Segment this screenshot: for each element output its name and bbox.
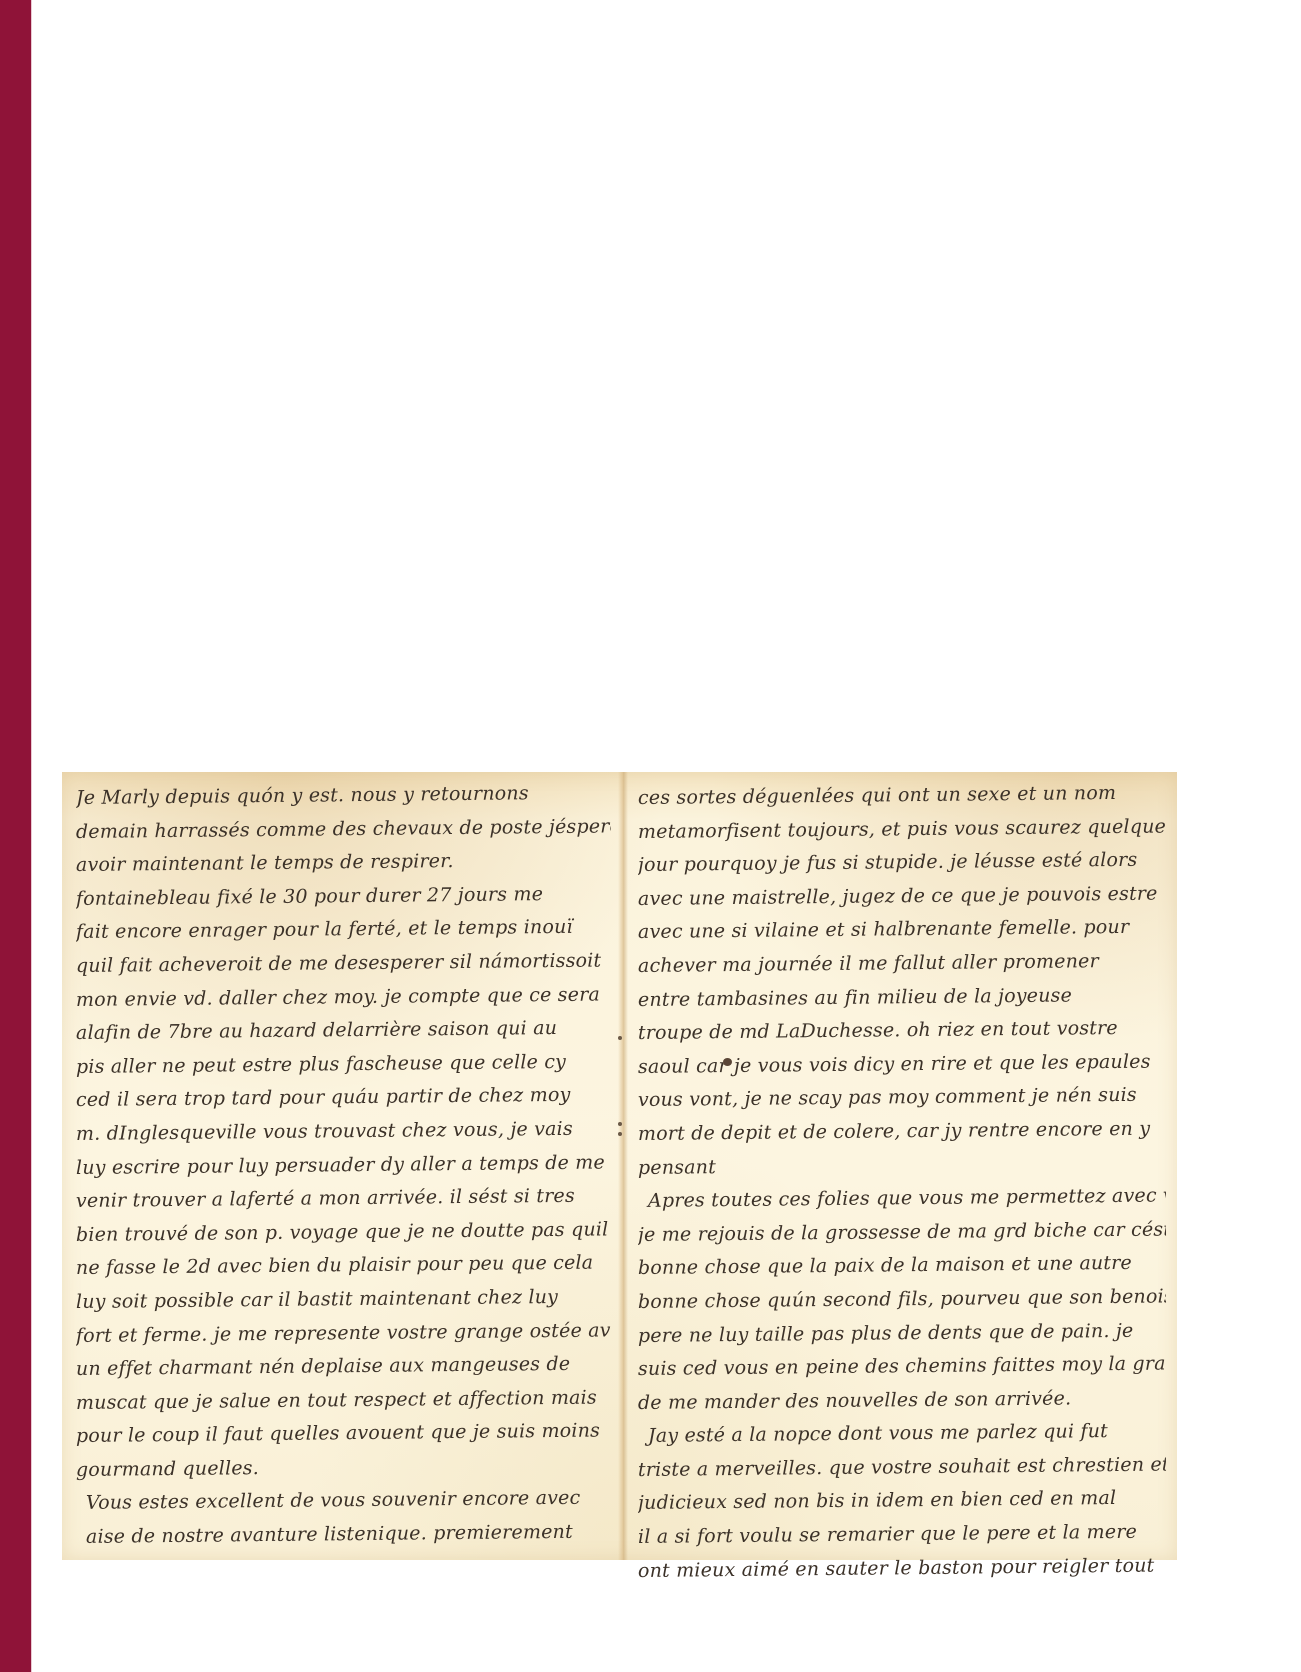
- manuscript-line: bonne chose que la paix de la maison et …: [638, 1247, 1166, 1286]
- manuscript-line: troupe de md LaDuchesse. oh riez en tout…: [638, 1012, 1166, 1051]
- side-bar: [0, 0, 31, 1672]
- margin-mark: [618, 1132, 622, 1136]
- manuscript-line: ont mieux aimé en sauter le baston pour …: [638, 1549, 1166, 1588]
- manuscript-line: m. dInglesqueville vous trouvast chez vo…: [76, 1112, 611, 1151]
- manuscript-line: avec une si vilaine et si halbrenante fe…: [638, 911, 1166, 950]
- manuscript-line: venir trouver a laferté a mon arrivée. i…: [76, 1180, 611, 1219]
- manuscript-line: suis ced vous en peine des chemins faitt…: [638, 1348, 1166, 1387]
- manuscript-line: alafin de 7bre au hazard delarrière sais…: [76, 1012, 611, 1051]
- manuscript-image: Je Marly depuis quón y est. nous y retou…: [62, 772, 1177, 1560]
- manuscript-line: Apres toutes ces folies que vous me perm…: [638, 1180, 1166, 1219]
- left-page: Je Marly depuis quón y est. nous y retou…: [76, 782, 611, 1555]
- manuscript-line: jour pourquoy je fus si stupide. je léus…: [638, 844, 1166, 883]
- manuscript-line: il a si fort voulu se remarier que le pe…: [638, 1516, 1166, 1555]
- margin-mark: [618, 1122, 622, 1126]
- manuscript-line: judicieux sed non bis in idem en bien ce…: [638, 1482, 1166, 1521]
- manuscript-line: aise de nostre avanture listenique. prem…: [76, 1515, 611, 1554]
- manuscript-line: avoir maintenant le temps de respirer.: [76, 844, 611, 883]
- manuscript-line: pere ne luy taille pas plus de dents que…: [638, 1314, 1166, 1353]
- manuscript-line: vous vont, je ne scay pas moy comment je…: [638, 1079, 1166, 1118]
- manuscript-line: Je Marly depuis quón y est. nous y retou…: [76, 776, 611, 815]
- manuscript-line: un effet charmant nén deplaise aux mange…: [76, 1347, 611, 1386]
- manuscript-line: Vous estes excellent de vous souvenir en…: [76, 1482, 611, 1521]
- manuscript-line: fort et ferme. je me represente vostre g…: [76, 1314, 611, 1353]
- manuscript-line: pour le coup il faut quelles avouent que…: [76, 1415, 611, 1454]
- manuscript-line: fait encore enrager pour la ferté, et le…: [76, 911, 611, 950]
- manuscript-line: ced il sera trop tard pour quáu partir d…: [76, 1079, 611, 1118]
- margin-mark: [618, 1036, 622, 1040]
- manuscript-line: quil fait acheveroit de me desesperer si…: [76, 944, 611, 983]
- manuscript-line: bonne chose quún second fils, pourveu qu…: [638, 1280, 1166, 1319]
- manuscript-line: Jay esté a la nopce dont vous me parlez …: [638, 1415, 1166, 1454]
- manuscript-line: mort de depit et de colere, car jy rentr…: [638, 1112, 1166, 1151]
- manuscript-line: ne fasse le 2d avec bien du plaisir pour…: [76, 1247, 611, 1286]
- manuscript-line: luy soit possible car il bastit maintena…: [76, 1280, 611, 1319]
- manuscript-line: achever ma journée il me fallut aller pr…: [638, 944, 1166, 983]
- right-page: ces sortes déguenlées qui ont un sexe et…: [638, 782, 1166, 1588]
- manuscript-line: entre tambasines au fin milieu de la joy…: [638, 978, 1166, 1017]
- manuscript-line: ces sortes déguenlées qui ont un sexe et…: [638, 776, 1166, 815]
- manuscript-line: pensant: [638, 1146, 1166, 1185]
- page-fold: [618, 772, 628, 1560]
- ink-blot: [723, 1058, 732, 1066]
